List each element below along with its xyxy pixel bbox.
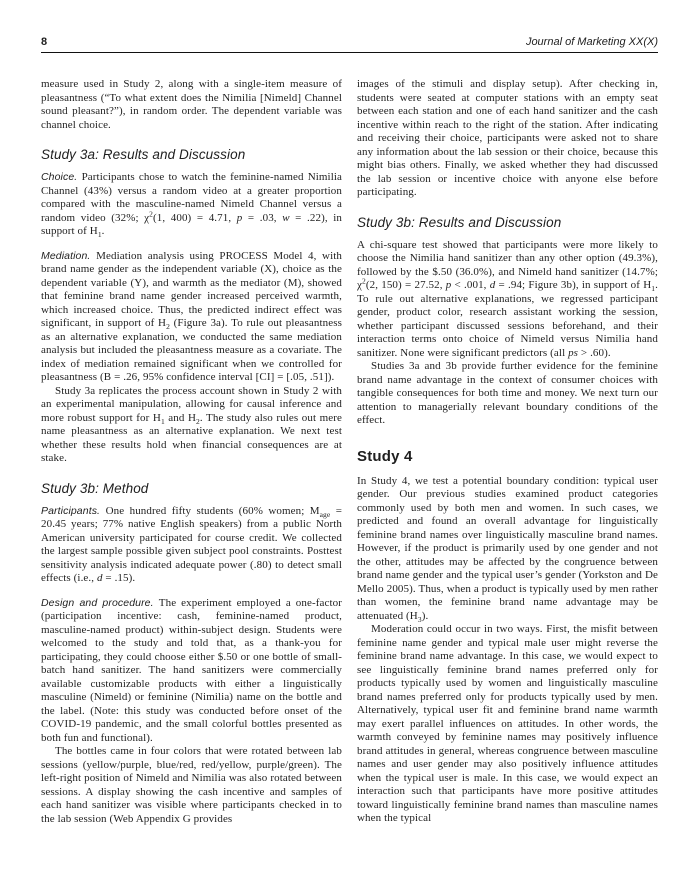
journal-page: 8 Journal of Marketing XX(X) measure use… [0,0,700,896]
paragraph: Studies 3a and 3b provide further eviden… [357,360,658,428]
running-head: 8 Journal of Marketing XX(X) [41,36,658,53]
paragraph: Study 3a replicates the process account … [41,385,342,466]
section-heading-study-3a-results: Study 3a: Results and Discussion [41,147,342,162]
paragraph-mediation: Mediation. Mediation analysis using PROC… [41,250,342,385]
page-number: 8 [41,36,47,48]
section-heading-study-3b-results: Study 3b: Results and Discussion [357,215,658,230]
journal-title: Journal of Marketing XX(X) [526,36,658,48]
paragraph: The bottles came in four colors that wer… [41,745,342,826]
page-body: measure used in Study 2, along with a si… [41,78,658,826]
paragraph: A chi-square test showed that participan… [357,239,658,361]
section-heading-study-3b-method: Study 3b: Method [41,481,342,496]
right-column: images of the stimuli and display setup)… [357,78,658,826]
paragraph: Moderation could occur in two ways. Firs… [357,623,658,826]
left-column: measure used in Study 2, along with a si… [41,78,342,826]
paragraph: measure used in Study 2, along with a si… [41,78,342,132]
paragraph-choice: Choice. Participants chose to watch the … [41,171,342,239]
paragraph: images of the stimuli and display setup)… [357,78,658,200]
paragraph-participants: Participants. One hundred fifty students… [41,505,342,586]
paragraph-design-procedure: Design and procedure. The experiment emp… [41,597,342,746]
study-4-heading: Study 4 [357,448,658,465]
paragraph: In Study 4, we test a potential boundary… [357,475,658,624]
